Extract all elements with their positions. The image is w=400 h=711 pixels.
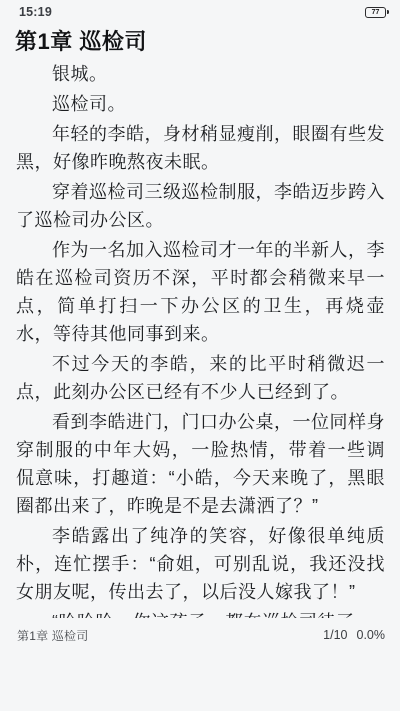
page-footer: 第1章 巡检司 1/10 0.0% <box>17 626 385 644</box>
paragraph: 李皓露出了纯净的笑容，好像很单纯质朴，连忙摆手：“俞姐，可别乱说，我还没找女朋友… <box>16 522 385 606</box>
reader-page[interactable]: 15:19 77 第1章 巡检司 银城。巡检司。年轻的李皓，身材稍显瘦削，眼圈有… <box>0 0 400 711</box>
paragraph: 不过今天的李皓，来的比平时稍微迟一点，此刻办公区已经有不少人已经到了。 <box>16 350 385 406</box>
clock: 15:19 <box>19 5 52 19</box>
paragraph: “哈哈哈，你这孩子，都在巡检司待了一 <box>16 608 385 618</box>
paragraph: 年轻的李皓，身材稍显瘦削，眼圈有些发黑，好像昨晚熬夜未眠。 <box>16 120 385 176</box>
paragraph: 银城。 <box>16 60 385 88</box>
paragraph: 穿着巡检司三级巡检制服，李皓迈步跨入了巡检司办公区。 <box>16 178 385 234</box>
status-bar: 15:19 77 <box>0 0 400 24</box>
paragraph: 作为一名加入巡检司才一年的半新人，李皓在巡检司资历不深，平时都会稍微来早一点，简… <box>16 236 385 348</box>
footer-chapter-label: 第1章 巡检司 <box>17 627 88 644</box>
footer-percent: 0.0% <box>357 628 386 642</box>
paragraph: 巡检司。 <box>16 90 385 118</box>
chapter-title: 第1章 巡检司 <box>15 27 385 57</box>
footer-page-count: 1/10 <box>323 628 347 642</box>
chapter-body[interactable]: 银城。巡检司。年轻的李皓，身材稍显瘦削，眼圈有些发黑，好像昨晚熬夜未眠。穿着巡检… <box>16 60 385 618</box>
battery-icon: 77 <box>365 7 389 18</box>
footer-progress: 1/10 0.0% <box>323 628 385 642</box>
battery-percent: 77 <box>372 9 380 16</box>
paragraph: 看到李皓进门，门口办公桌，一位同样身穿制服的中年大妈，一脸热情，带着一些调侃意味… <box>16 408 385 520</box>
